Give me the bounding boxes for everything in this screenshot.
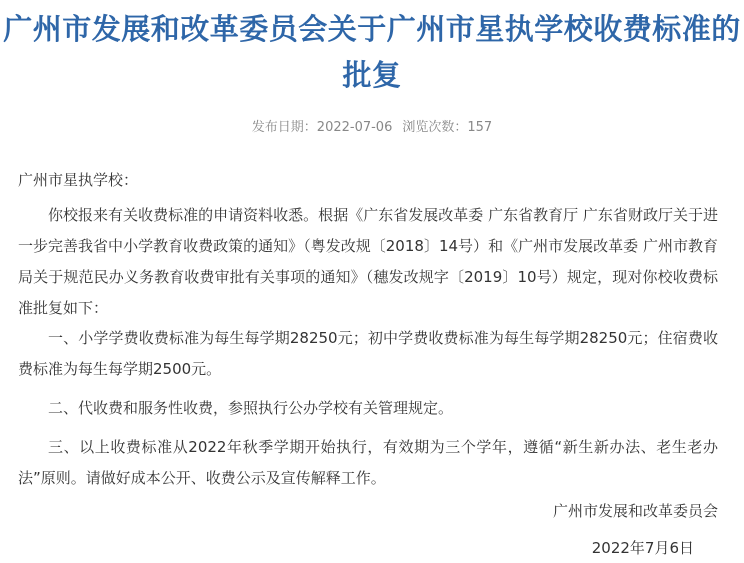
paragraph-item-3: 三、以上收费标准从2022年秋季学期开始执行，有效期为三个学年，遵循“新生新办法… [18,432,718,494]
publish-date: 2022-07-06 [317,120,393,135]
paragraph-intro: 你校报来有关收费标准的申请资料收悉。根据《广东省发展改革委 广东省教育厅 广东省… [18,200,718,324]
salutation: 广州市星执学校： [18,165,718,196]
signature-date: 2022年7月6日 [592,536,694,560]
views-label: 浏览次数： [402,120,467,135]
article-meta: 发布日期：2022-07-06浏览次数：157 [0,118,744,138]
paragraph-item-2: 二、代收费和服务性收费，参照执行公办学校有关管理规定。 [18,393,718,424]
views-count: 157 [467,120,492,135]
page-title: 广州市发展和改革委员会关于广州市星执学校收费标准的批复 [0,6,744,98]
paragraph-item-1: 一、小学学费收费标准为每生每学期28250元；初中学费收费标准为每生每学期282… [18,323,718,385]
signature-organization: 广州市发展和改革委员会 [553,499,718,523]
publish-date-label: 发布日期： [252,120,317,135]
